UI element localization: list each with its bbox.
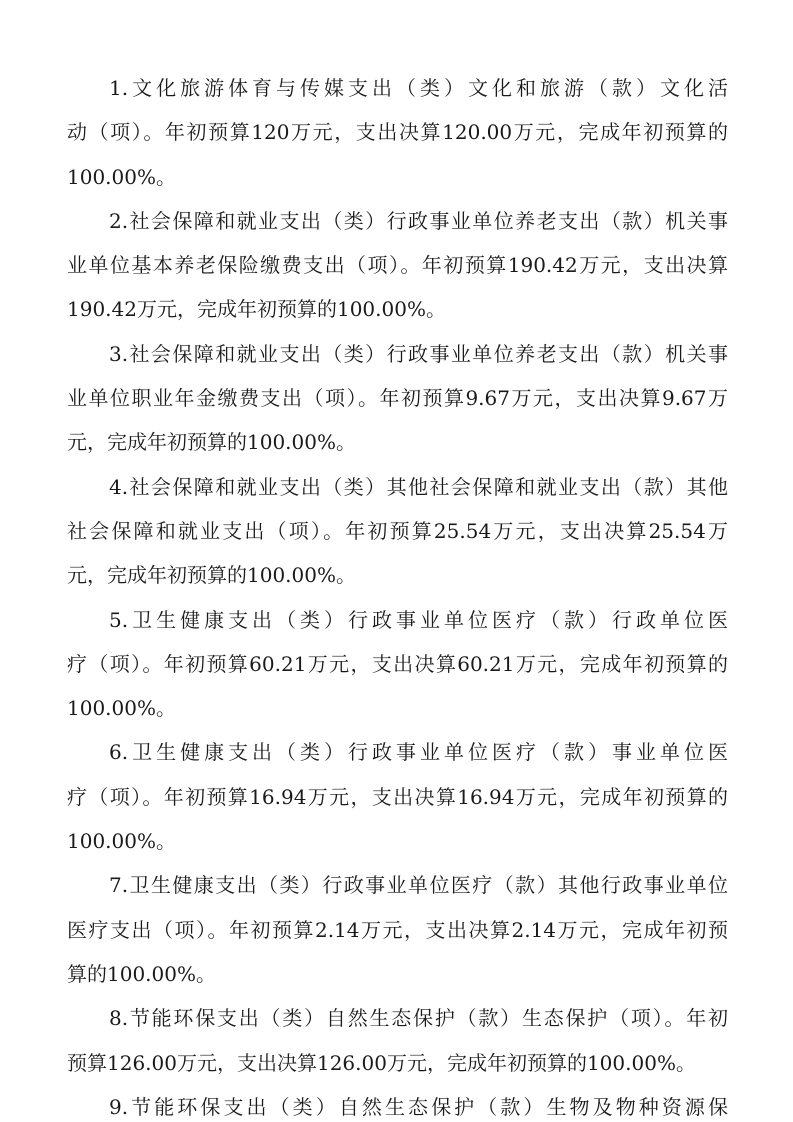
paragraph-9: 9.节能环保支出（类）自然生态保护（款）生物及物种资源保 xyxy=(67,1085,728,1122)
text-line: 1.文化旅游体育与传媒支出（类）文化和旅游（款）文化活 xyxy=(67,66,728,110)
text-line: 3.社会保障和就业支出（类）行政事业单位养老支出（款）机关事 xyxy=(67,332,728,376)
text-line: 社会保障和就业支出（项）。年初预算25.54万元，支出决算25.54万 xyxy=(67,509,728,553)
paragraph-6: 6.卫生健康支出（类）行政事业单位医疗（款）事业单位医 疗（项）。年初预算16.… xyxy=(67,730,728,863)
text-line: 元，完成年初预算的100.00%。 xyxy=(67,420,728,464)
text-line: 7.卫生健康支出（类）行政事业单位医疗（款）其他行政事业单位 xyxy=(67,863,728,907)
text-line: 疗（项）。年初预算16.94万元，支出决算16.94万元，完成年初预算的 xyxy=(67,775,728,819)
paragraph-4: 4.社会保障和就业支出（类）其他社会保障和就业支出（款）其他 社会保障和就业支出… xyxy=(67,465,728,598)
paragraph-8: 8.节能环保支出（类）自然生态保护（款）生态保护（项）。年初 预算126.00万… xyxy=(67,996,728,1085)
text-line: 8.节能环保支出（类）自然生态保护（款）生态保护（项）。年初 xyxy=(67,996,728,1040)
paragraph-7: 7.卫生健康支出（类）行政事业单位医疗（款）其他行政事业单位 医疗支出（项）。年… xyxy=(67,863,728,996)
text-line: 2.社会保障和就业支出（类）行政事业单位养老支出（款）机关事 xyxy=(67,199,728,243)
text-line: 100.00%。 xyxy=(67,686,728,730)
text-line: 业单位职业年金缴费支出（项）。年初预算9.67万元，支出决算9.67万 xyxy=(67,376,728,420)
text-line: 算的100.00%。 xyxy=(67,952,728,996)
text-line: 6.卫生健康支出（类）行政事业单位医疗（款）事业单位医 xyxy=(67,730,728,774)
text-line: 元，完成年初预算的100.00%。 xyxy=(67,553,728,597)
paragraph-3: 3.社会保障和就业支出（类）行政事业单位养老支出（款）机关事 业单位职业年金缴费… xyxy=(67,332,728,465)
text-line: 医疗支出（项）。年初预算2.14万元，支出决算2.14万元，完成年初预 xyxy=(67,908,728,952)
paragraph-2: 2.社会保障和就业支出（类）行政事业单位养老支出（款）机关事 业单位基本养老保险… xyxy=(67,199,728,332)
text-line: 100.00%。 xyxy=(67,819,728,863)
text-line: 5.卫生健康支出（类）行政事业单位医疗（款）行政单位医 xyxy=(67,598,728,642)
document-page: 1.文化旅游体育与传媒支出（类）文化和旅游（款）文化活 动（项）。年初预算120… xyxy=(67,66,728,1122)
text-line: 100.00%。 xyxy=(67,155,728,199)
paragraph-5: 5.卫生健康支出（类）行政事业单位医疗（款）行政单位医 疗（项）。年初预算60.… xyxy=(67,598,728,731)
text-line: 190.42万元，完成年初预算的100.00%。 xyxy=(67,287,728,331)
text-line: 预算126.00万元，支出决算126.00万元，完成年初预算的100.00%。 xyxy=(67,1041,728,1085)
text-line: 4.社会保障和就业支出（类）其他社会保障和就业支出（款）其他 xyxy=(67,465,728,509)
paragraph-1: 1.文化旅游体育与传媒支出（类）文化和旅游（款）文化活 动（项）。年初预算120… xyxy=(67,66,728,199)
text-line: 9.节能环保支出（类）自然生态保护（款）生物及物种资源保 xyxy=(67,1085,728,1122)
text-line: 动（项）。年初预算120万元，支出决算120.00万元，完成年初预算的 xyxy=(67,110,728,154)
text-line: 疗（项）。年初预算60.21万元，支出决算60.21万元，完成年初预算的 xyxy=(67,642,728,686)
text-line: 业单位基本养老保险缴费支出（项）。年初预算190.42万元，支出决算 xyxy=(67,243,728,287)
